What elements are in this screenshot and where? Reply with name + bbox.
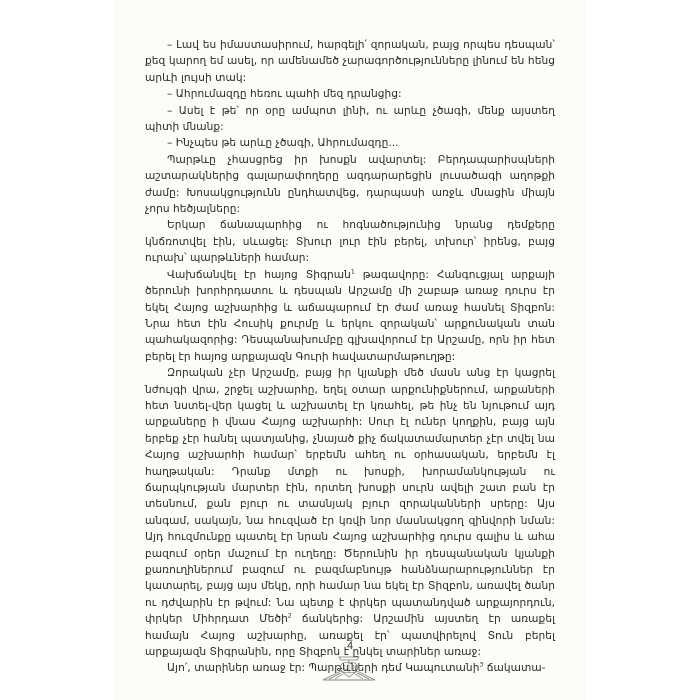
ornament-icon (321, 655, 377, 681)
footnote-marker: 1 (351, 268, 355, 275)
footnote-marker: 2 (288, 613, 292, 620)
paragraph: – Ահրումազդը հեռու պահի մեզ դրանցից: (145, 86, 555, 102)
paragraph: – Ինչպես թե արևը չծագի, Ահրումազդը... (145, 135, 555, 151)
page-body-text: – Լավ ես իմաստասիրում, հարգելի՛ զորական,… (145, 37, 555, 677)
page-number: 4 (114, 640, 586, 652)
paragraph: Պարթևը չհասցրեց իր խոսքն ավարտել: Բերդապ… (145, 152, 555, 218)
footnote-marker: 3 (479, 662, 483, 669)
paragraph: – Լավ ես իմաստասիրում, հարգելի՛ զորական,… (145, 37, 555, 86)
paragraph: Զորական չէր Արշամը, բայց իր կյանքի մեծ մ… (145, 365, 555, 660)
book-page: – Լավ ես իմաստասիրում, հարգելի՛ զորական,… (114, 0, 586, 700)
paragraph: Վախճանվել էր հայոց Տիգրան1 թագավորը: Հան… (145, 267, 555, 365)
paragraph: – Ասել է թե՝ որ օրը ամպոտ լինի, ու արևը … (145, 103, 555, 136)
paragraph: Երկար ճանապարհից ու հոգնածությունից նրան… (145, 217, 555, 266)
